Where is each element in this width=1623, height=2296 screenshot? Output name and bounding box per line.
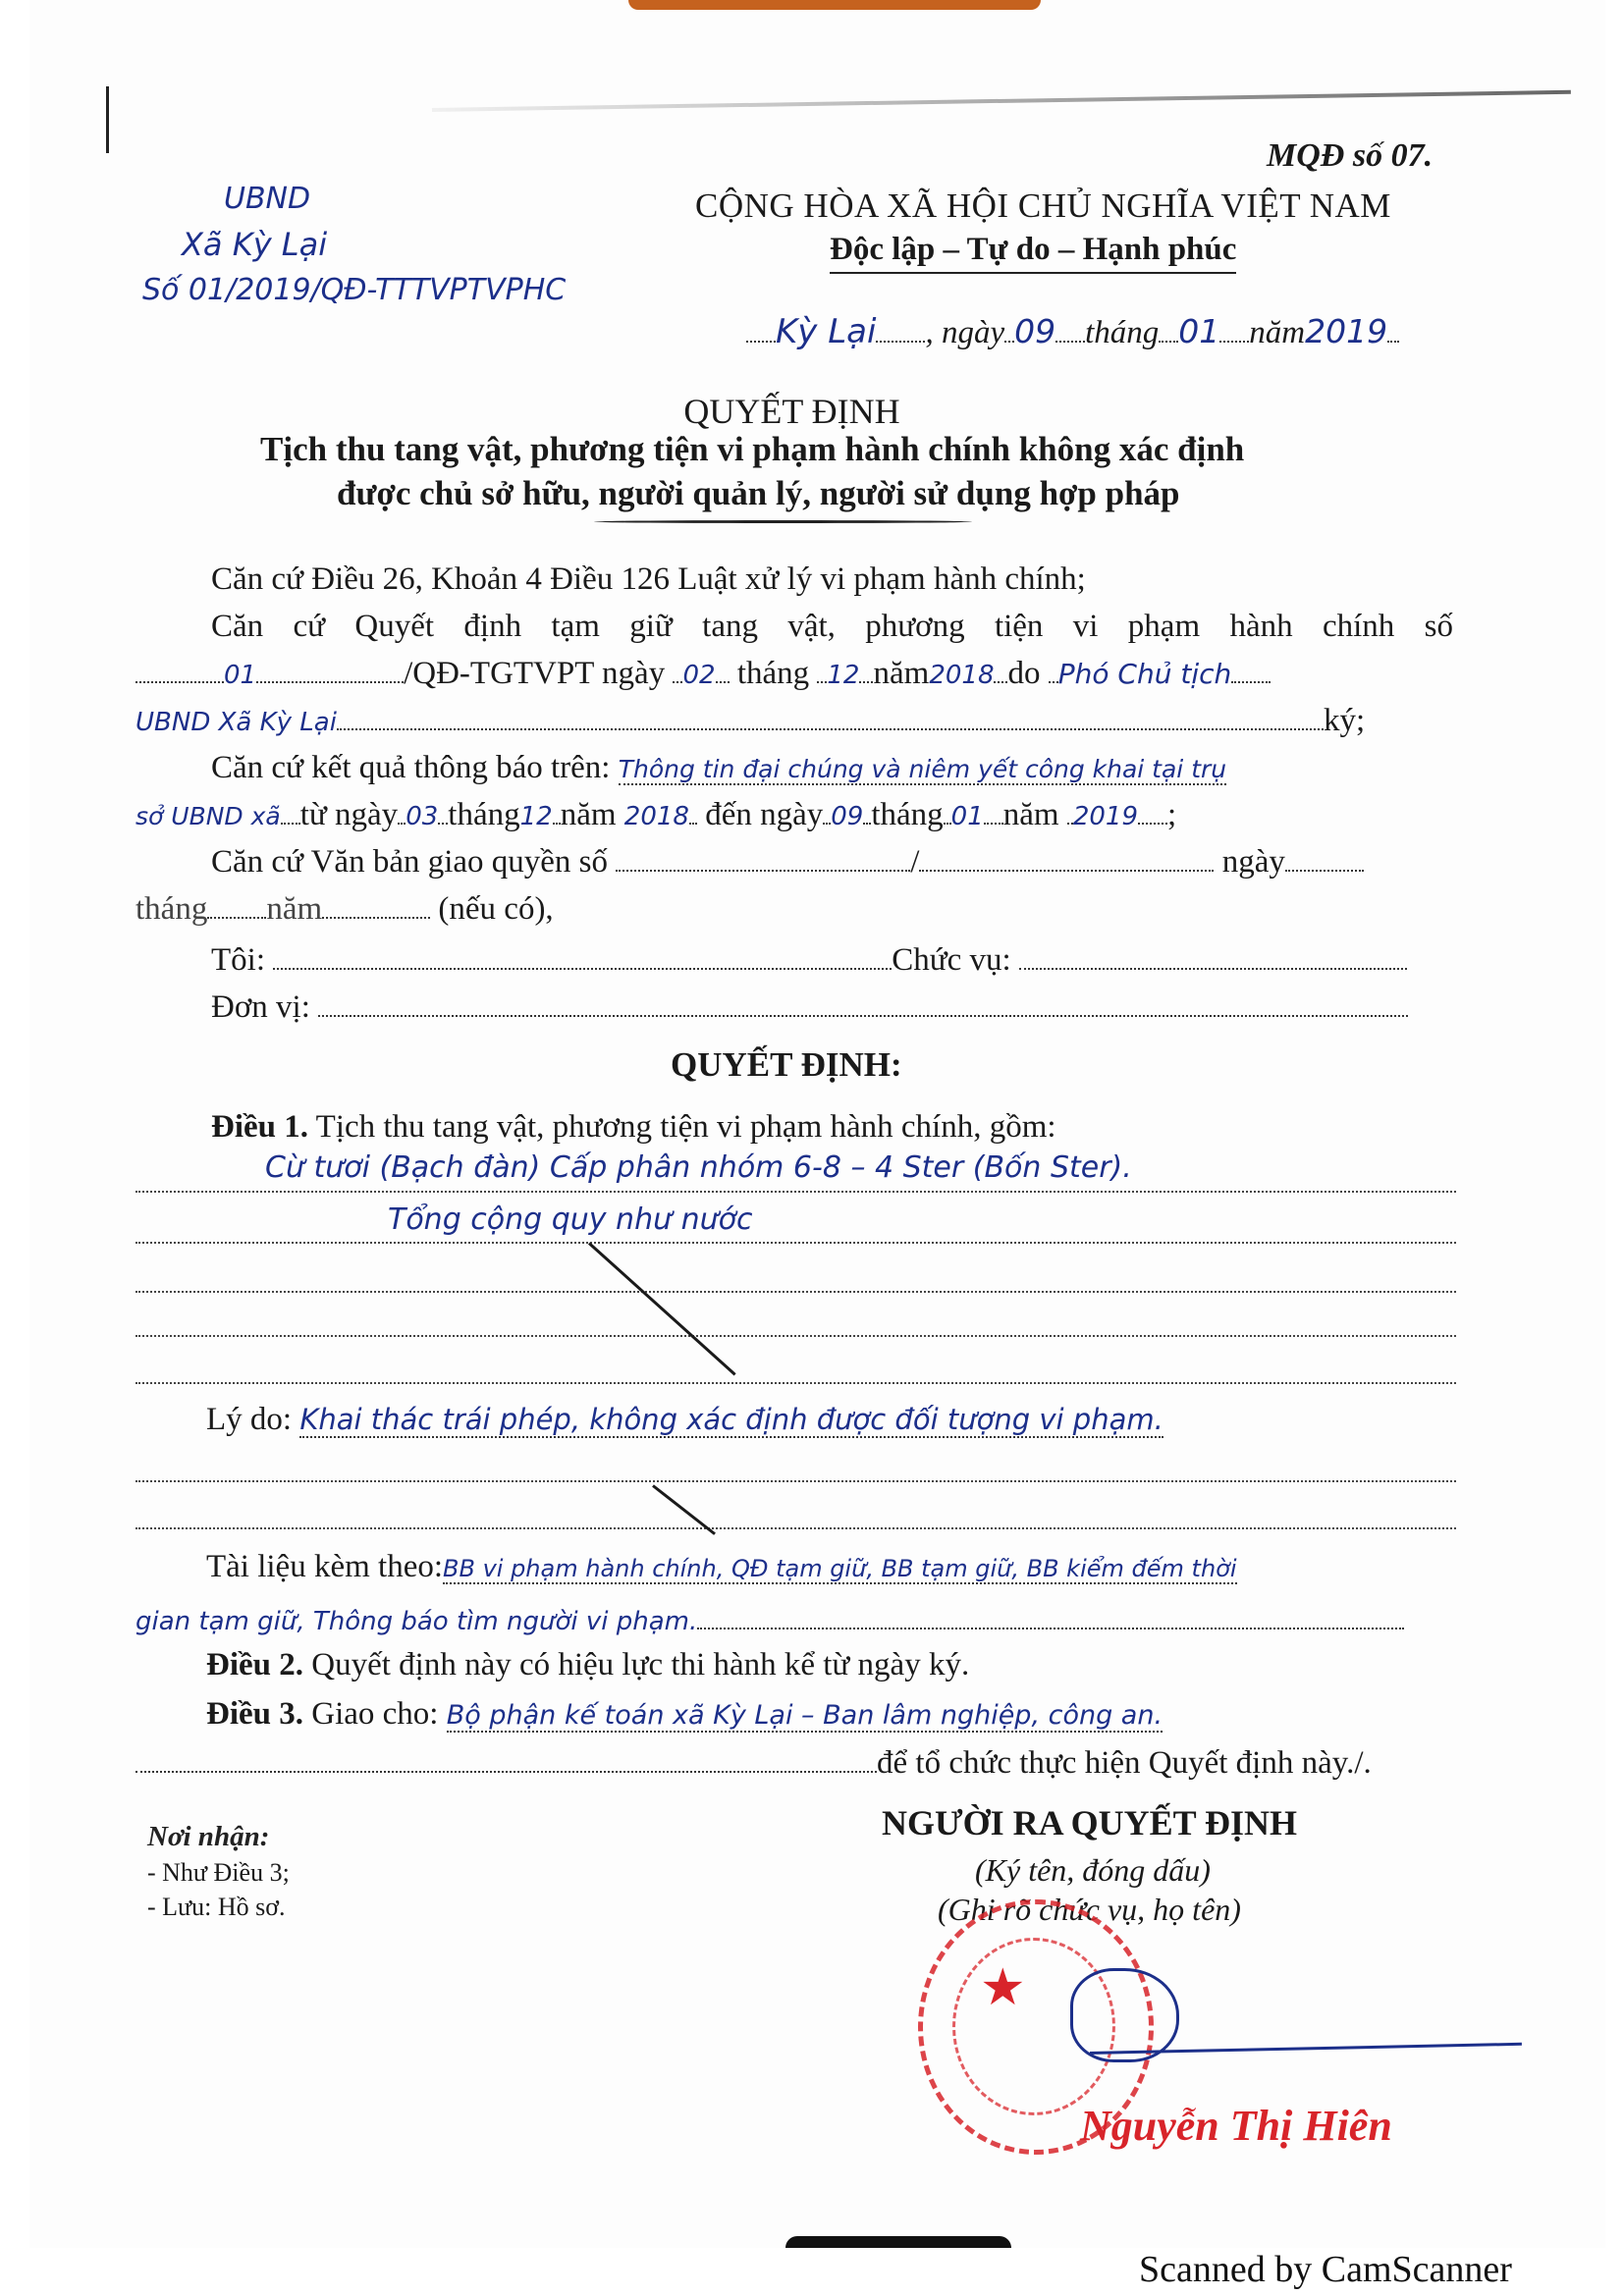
basis-2-year: 2018 [929, 661, 994, 690]
article-3: Điều 3. Giao cho: Bộ phận kế toán xã Kỳ … [206, 1696, 1163, 1733]
article-1-label: Điều 1. [211, 1109, 308, 1145]
date-line: Kỳ Lại, ngày09tháng01năm2019 [746, 312, 1399, 351]
article-3-end: để tổ chức thực hiện Quyết định này./. [877, 1745, 1372, 1781]
signature-note-1: (Ký tên, đóng dấu) [975, 1852, 1211, 1889]
article-1: Điều 1. Tịch thu tang vật, phương tiện v… [211, 1109, 1056, 1146]
basis-4-year-label: năm [266, 891, 322, 927]
recipient-item: - Lưu: Hồ sơ. [147, 1893, 286, 1922]
basis-2-year-label: năm [873, 656, 929, 691]
article-3-text: Giao cho: [311, 1696, 438, 1732]
basis-2-number: 01 [224, 661, 256, 690]
officer-unit-label: Đơn vị: [211, 989, 310, 1025]
basis-3-from-label: từ ngày [300, 797, 398, 832]
basis-2-month-label: tháng [737, 656, 809, 691]
issuer-line1: UBND [224, 182, 310, 216]
scan-artifact [628, 0, 1041, 10]
basis-3-to-year-label: năm [1003, 797, 1059, 832]
recipient-item: - Như Điều 3; [147, 1858, 290, 1888]
article-1-line-5 [135, 1382, 1456, 1384]
basis-2-signer-org: UBND Xã Kỳ Lại [135, 708, 337, 737]
basis-4-line2: thángnăm (nếu có), [135, 891, 554, 928]
date-month: 01 [1178, 312, 1219, 350]
reason-value: Khai thác trái phép, không xác định được… [299, 1403, 1163, 1438]
signer-name: Nguyễn Thị Hiên [1080, 2101, 1392, 2151]
article-2: Điều 2. Quyết định này có hiệu lực thi h… [206, 1647, 969, 1683]
officer-name-label: Tôi: [211, 942, 265, 978]
article-1-line-1 [135, 1191, 1456, 1193]
date-place: Kỳ Lại [776, 312, 876, 351]
recipients-label: Nơi nhận: [147, 1821, 269, 1853]
margin-mark [106, 86, 109, 153]
scan-artifact-bottom [785, 2236, 1011, 2248]
date-day: 09 [1014, 312, 1055, 350]
issuer-number: Số 01/2019/QĐ-TTTVPTVPHC [142, 273, 566, 307]
basis-2-by-label: do [1007, 656, 1040, 691]
basis-2-line: 01/QĐ-TGTVPT ngày 02 tháng 12năm2018do P… [135, 656, 1271, 692]
basis-3-value2: sở UBND xã [135, 802, 281, 830]
reason-label: Lý do: [206, 1402, 292, 1437]
article-1-text: Tịch thu tang vật, phương tiện vi phạm h… [316, 1109, 1056, 1145]
reason-line-2 [135, 1480, 1456, 1482]
attachments-line: Tài liệu kèm theo:BB vi phạm hành chính,… [206, 1549, 1237, 1585]
issuer-line2: Xã Kỳ Lại [182, 226, 327, 263]
basis-3-from-month-label: tháng [448, 797, 519, 832]
reason-line: Lý do: Khai thác trái phép, không xác đị… [206, 1402, 1163, 1438]
national-title: CỘNG HÒA XÃ HỘI CHỦ NGHĨA VIỆT NAM [695, 187, 1391, 226]
date-year-label: năm [1249, 315, 1305, 350]
document-heading: QUYẾT ĐỊNH [0, 391, 1623, 432]
basis-3-to-month: 01 [951, 802, 984, 831]
national-motto: Độc lập – Tự do – Hạnh phúc [830, 232, 1236, 274]
document-subtitle-1: Tịch thu tang vật, phương tiện vi phạm h… [260, 430, 1244, 469]
article-1-item-1: Cừ tươi (Bạch đàn) Cấp phân nhóm 6-8 – 4… [265, 1150, 1132, 1185]
attachments-value2: gian tạm giữ, Thông báo tìm người vi phạ… [135, 1607, 697, 1636]
article-3-line-2: để tổ chức thực hiện Quyết định này./. [135, 1745, 1372, 1782]
basis-2-signer: Phó Chủ tịch [1058, 658, 1232, 690]
basis-3-to-month-label: tháng [871, 797, 943, 832]
article-2-text: Quyết định này có hiệu lực thi hành kể t… [311, 1647, 969, 1682]
basis-3-from-month: 12 [520, 802, 553, 831]
basis-4-suffix: (nếu có), [438, 891, 553, 927]
article-2-label: Điều 2. [206, 1647, 303, 1682]
signature-title: NGƯỜI RA QUYẾT ĐỊNH [882, 1802, 1297, 1843]
article-1-line-2 [135, 1242, 1456, 1244]
basis-4-month-label: tháng [135, 891, 207, 927]
signature-scribble [1070, 1968, 1179, 2062]
reason-line-3 [135, 1527, 1456, 1529]
basis-3-to-year: 2019 [1073, 802, 1138, 831]
basis-3-value: Thông tin đại chúng và niêm yết công kha… [619, 755, 1226, 785]
camscanner-watermark: Scanned by CamScanner [1139, 2248, 1512, 2291]
form-code: MQĐ số 07. [1267, 137, 1433, 175]
document-subtitle-2: được chủ sở hữu, người quản lý, người sử… [337, 474, 1180, 513]
decision-heading: QUYẾT ĐỊNH: [671, 1045, 902, 1085]
basis-2-text: Căn cứ Quyết định tạm giữ tang vật, phươ… [211, 609, 1453, 645]
basis-3-to-day: 09 [831, 802, 863, 831]
date-year: 2019 [1305, 312, 1387, 350]
basis-4-line: Căn cứ Văn bản giao quyền số / ngày [211, 844, 1364, 881]
basis-2-code: /QĐ-TGTVPT ngày [404, 656, 665, 691]
basis-3-label: Căn cứ kết quả thông báo trên: [211, 750, 610, 785]
basis-4-label: Căn cứ Văn bản giao quyền số [211, 844, 608, 880]
basis-3-to-label: đến ngày [705, 797, 823, 832]
article-1-line-4 [135, 1335, 1456, 1337]
basis-2-day: 02 [682, 661, 715, 690]
officer-position-label: Chức vụ: [892, 942, 1010, 978]
article-3-value: Bộ phận kế toán xã Kỳ Lại – Ban lâm nghi… [447, 1700, 1163, 1733]
basis-2-month: 12 [827, 661, 859, 690]
star-icon: ★ [980, 1958, 1026, 2017]
article-1-item-2: Tổng cộng quy như nước [388, 1202, 753, 1237]
officer-line: Tôi: Chức vụ: [211, 942, 1407, 979]
basis-4-day-label: ngày [1222, 844, 1285, 880]
attachments-value: BB vi phạm hành chính, QĐ tạm giữ, BB tạ… [443, 1555, 1237, 1584]
basis-2-end: ký; [1324, 703, 1365, 738]
basis-2-line2: UBND Xã Kỳ Lạiký; [135, 703, 1365, 739]
date-month-label: tháng [1085, 315, 1159, 350]
officer-unit-line: Đơn vị: [211, 989, 1408, 1026]
basis-3-from-year-label: năm [561, 797, 617, 832]
date-day-label: , ngày [925, 315, 1004, 350]
attachments-line-2: gian tạm giữ, Thông báo tìm người vi phạ… [135, 1602, 1404, 1638]
basis-3-from-day: 03 [406, 802, 438, 831]
basis-1: Căn cứ Điều 26, Khoản 4 Điều 126 Luật xử… [211, 561, 1086, 598]
attachments-label: Tài liệu kèm theo: [206, 1549, 443, 1584]
subtitle-underline [594, 520, 972, 523]
article-1-line-3 [135, 1291, 1456, 1293]
basis-3-line: Căn cứ kết quả thông báo trên: Thông tin… [211, 750, 1226, 786]
article-3-label: Điều 3. [206, 1696, 303, 1732]
basis-3-line2: sở UBND xãtừ ngày03tháng12năm 2018 đến n… [135, 797, 1176, 833]
basis-3-from-year: 2018 [624, 802, 689, 831]
